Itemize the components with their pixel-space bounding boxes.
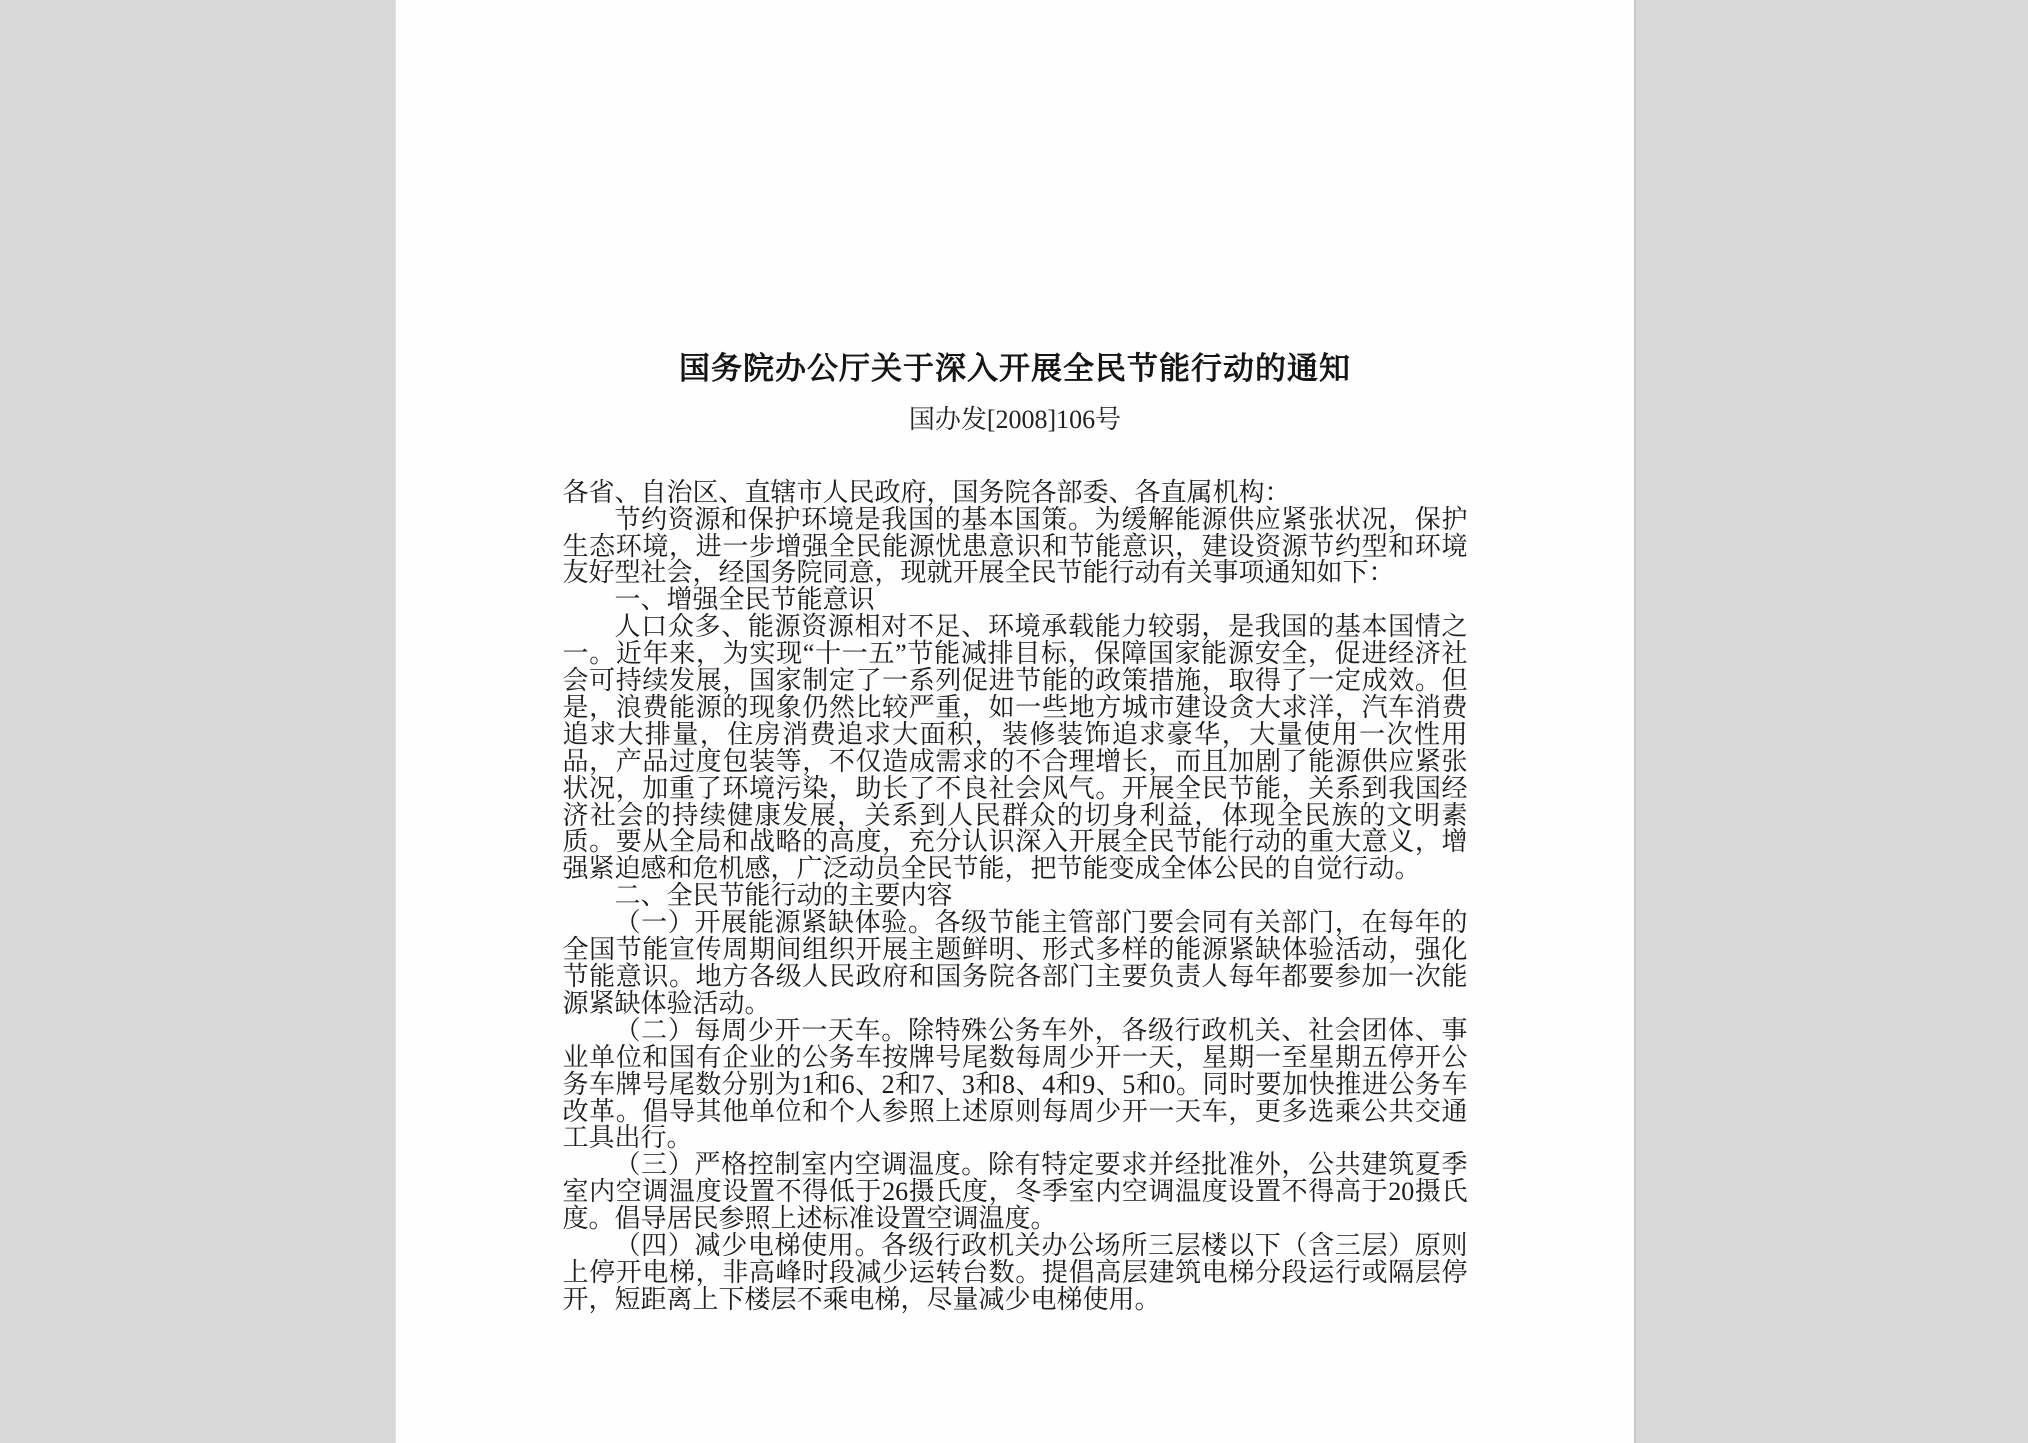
paragraph: （三）严格控制室内空调温度。除有特定要求并经批准外，公共建筑夏季室内空调温度设置… <box>563 1152 1468 1233</box>
desktop-background: { "colors": { "background": "#d8d8d8", "… <box>0 0 2028 1443</box>
document-number: 国办发[2008]106号 <box>396 406 1634 435</box>
paragraph: 二、全民节能行动的主要内容 <box>563 883 1468 910</box>
paragraph: （四）减少电梯使用。各级行政机关办公场所三层楼以下（含三层）原则上停开电梯，非高… <box>563 1233 1468 1314</box>
document-body: 各省、自治区、直辖市人民政府，国务院各部委、各直属机构：节约资源和保护环境是我国… <box>563 480 1468 1314</box>
document-page: 国务院办公厅关于深入开展全民节能行动的通知 国办发[2008]106号 各省、自… <box>395 0 1636 1443</box>
paragraph: 一、增强全民节能意识 <box>563 587 1468 614</box>
document-title: 国务院办公厅关于深入开展全民节能行动的通知 <box>396 352 1634 386</box>
paragraph: 各省、自治区、直辖市人民政府，国务院各部委、各直属机构： <box>563 480 1468 507</box>
paragraph: 人口众多、能源资源相对不足、环境承载能力较弱，是我国的基本国情之一。近年来，为实… <box>563 614 1468 883</box>
paragraph: （一）开展能源紧缺体验。各级节能主管部门要会同有关部门，在每年的全国节能宣传周期… <box>563 910 1468 1018</box>
paragraph: （二）每周少开一天车。除特殊公务车外，各级行政机关、社会团体、事业单位和国有企业… <box>563 1018 1468 1153</box>
paragraph: 节约资源和保护环境是我国的基本国策。为缓解能源供应紧张状况，保护生态环境，进一步… <box>563 507 1468 588</box>
